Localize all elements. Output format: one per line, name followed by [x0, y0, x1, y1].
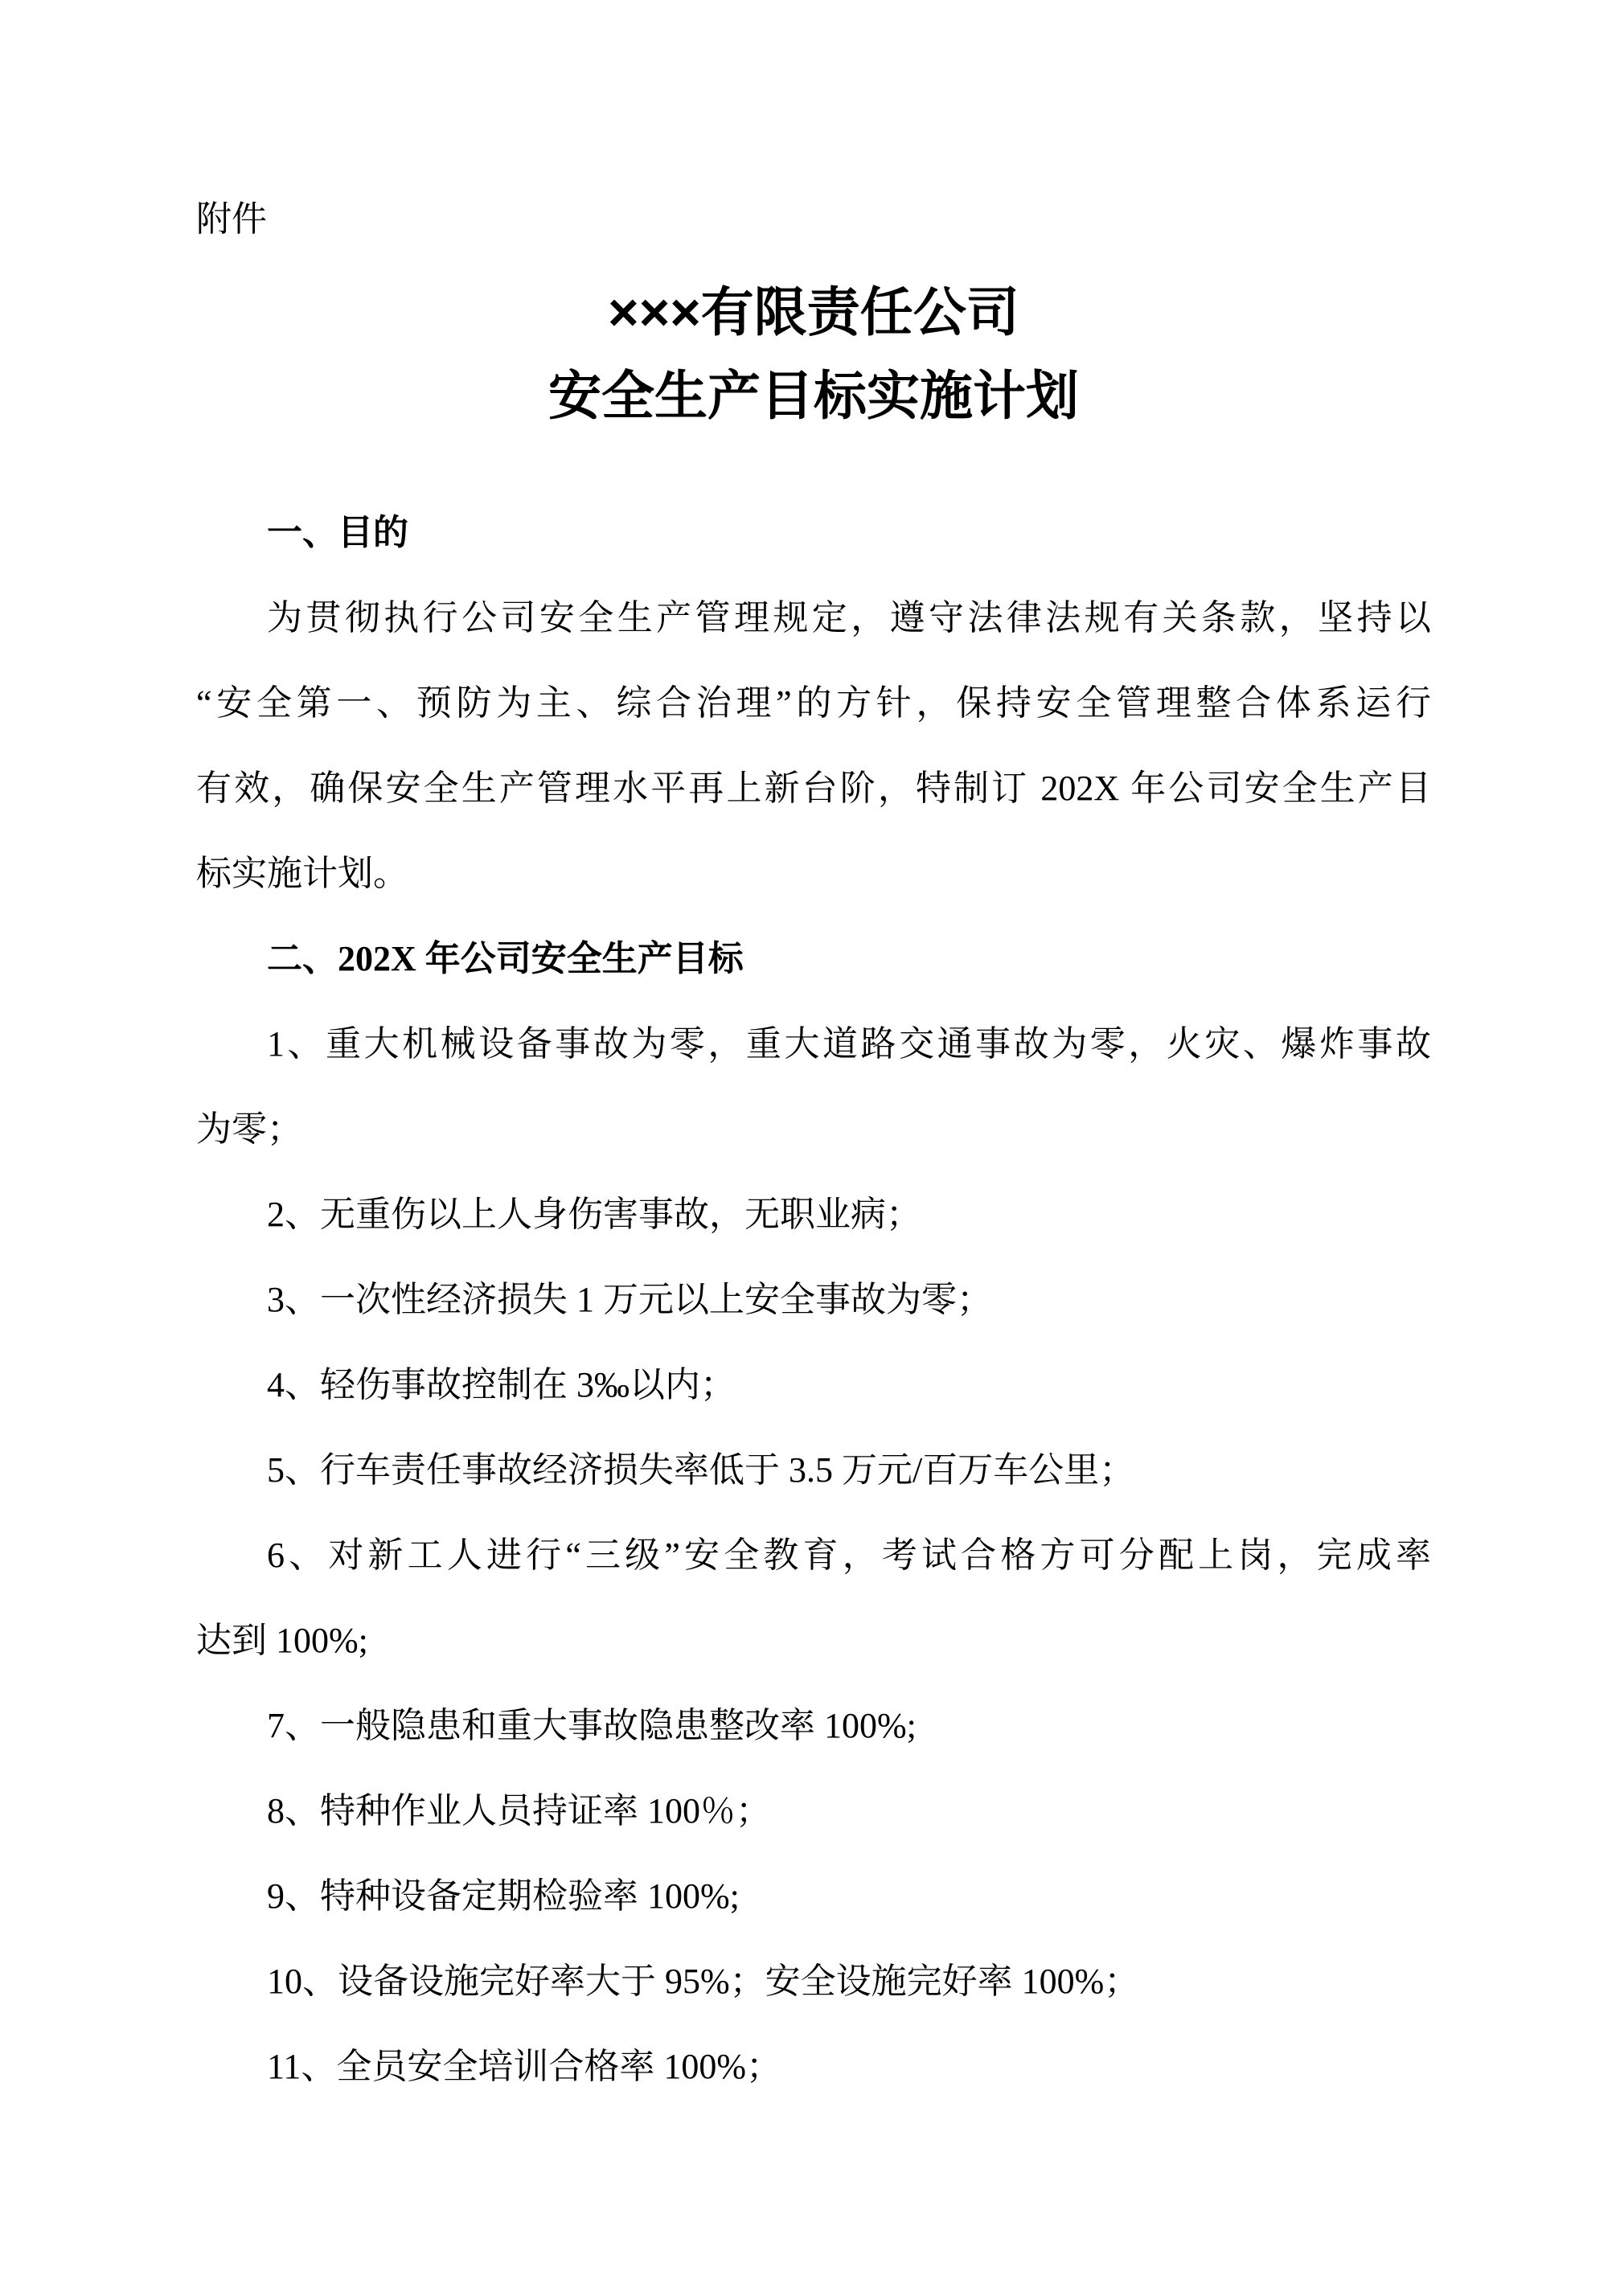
- list-item-line: 为零；: [196, 1087, 1431, 1172]
- list-item-line: 7、一般隐患和重大事故隐患整改率 100%;: [196, 1683, 1431, 1769]
- list-item-line: 9、特种设备定期检验率 100%;: [196, 1854, 1431, 1939]
- title-line-2: 安全生产目标实施计划: [196, 354, 1431, 437]
- list-item-line: 1、重大机械设备事故为零，重大道路交通事故为零，火灾、爆炸事故: [196, 1002, 1431, 1087]
- document-title: ×××有限责任公司 安全生产目标实施计划: [196, 270, 1431, 437]
- attachment-label: 附件: [196, 193, 1431, 246]
- paragraph-line: 为贯彻执行公司安全生产管理规定，遵守法律法规有关条款，坚持以: [196, 576, 1431, 661]
- list-item-line: 5、行车责任事故经济损失率低于 3.5 万元/百万车公里；: [196, 1428, 1431, 1513]
- document-content: 附件 ×××有限责任公司 安全生产目标实施计划 一、目的 为贯彻执行公司安全生产…: [0, 0, 1624, 2109]
- list-item-line: 2、无重伤以上人身伤害事故，无职业病；: [196, 1172, 1431, 1257]
- list-item-line: 4、轻伤事故控制在 3‰以内；: [196, 1343, 1431, 1428]
- document-page: 附件 ×××有限责任公司 安全生产目标实施计划 一、目的 为贯彻执行公司安全生产…: [0, 0, 1624, 2296]
- title-gap: [196, 437, 1431, 490]
- section-heading-purpose: 一、目的: [196, 490, 1431, 576]
- list-item-line: 6、对新工人进行“三级”安全教育，考试合格方可分配上岗，完成率: [196, 1513, 1431, 1598]
- list-item-line: 11、全员安全培训合格率 100%；: [196, 2024, 1431, 2109]
- list-item-line: 达到 100%;: [196, 1598, 1431, 1683]
- list-item-line: 10、设备设施完好率大于 95%；安全设施完好率 100%；: [196, 1939, 1431, 2024]
- list-item-line: 8、特种作业人员持证率 100％；: [196, 1769, 1431, 1854]
- section-heading-targets: 二、202X 年公司安全生产目标: [196, 916, 1431, 1002]
- paragraph-line: 有效，确保安全生产管理水平再上新台阶，特制订 202X 年公司安全生产目: [196, 746, 1431, 831]
- title-line-1: ×××有限责任公司: [196, 270, 1431, 354]
- list-item-line: 3、一次性经济损失 1 万元以上安全事故为零；: [196, 1257, 1431, 1343]
- paragraph-line: 标实施计划。: [196, 831, 1431, 916]
- paragraph-line: “安全第一、预防为主、综合治理”的方针，保持安全管理整合体系运行: [196, 661, 1431, 746]
